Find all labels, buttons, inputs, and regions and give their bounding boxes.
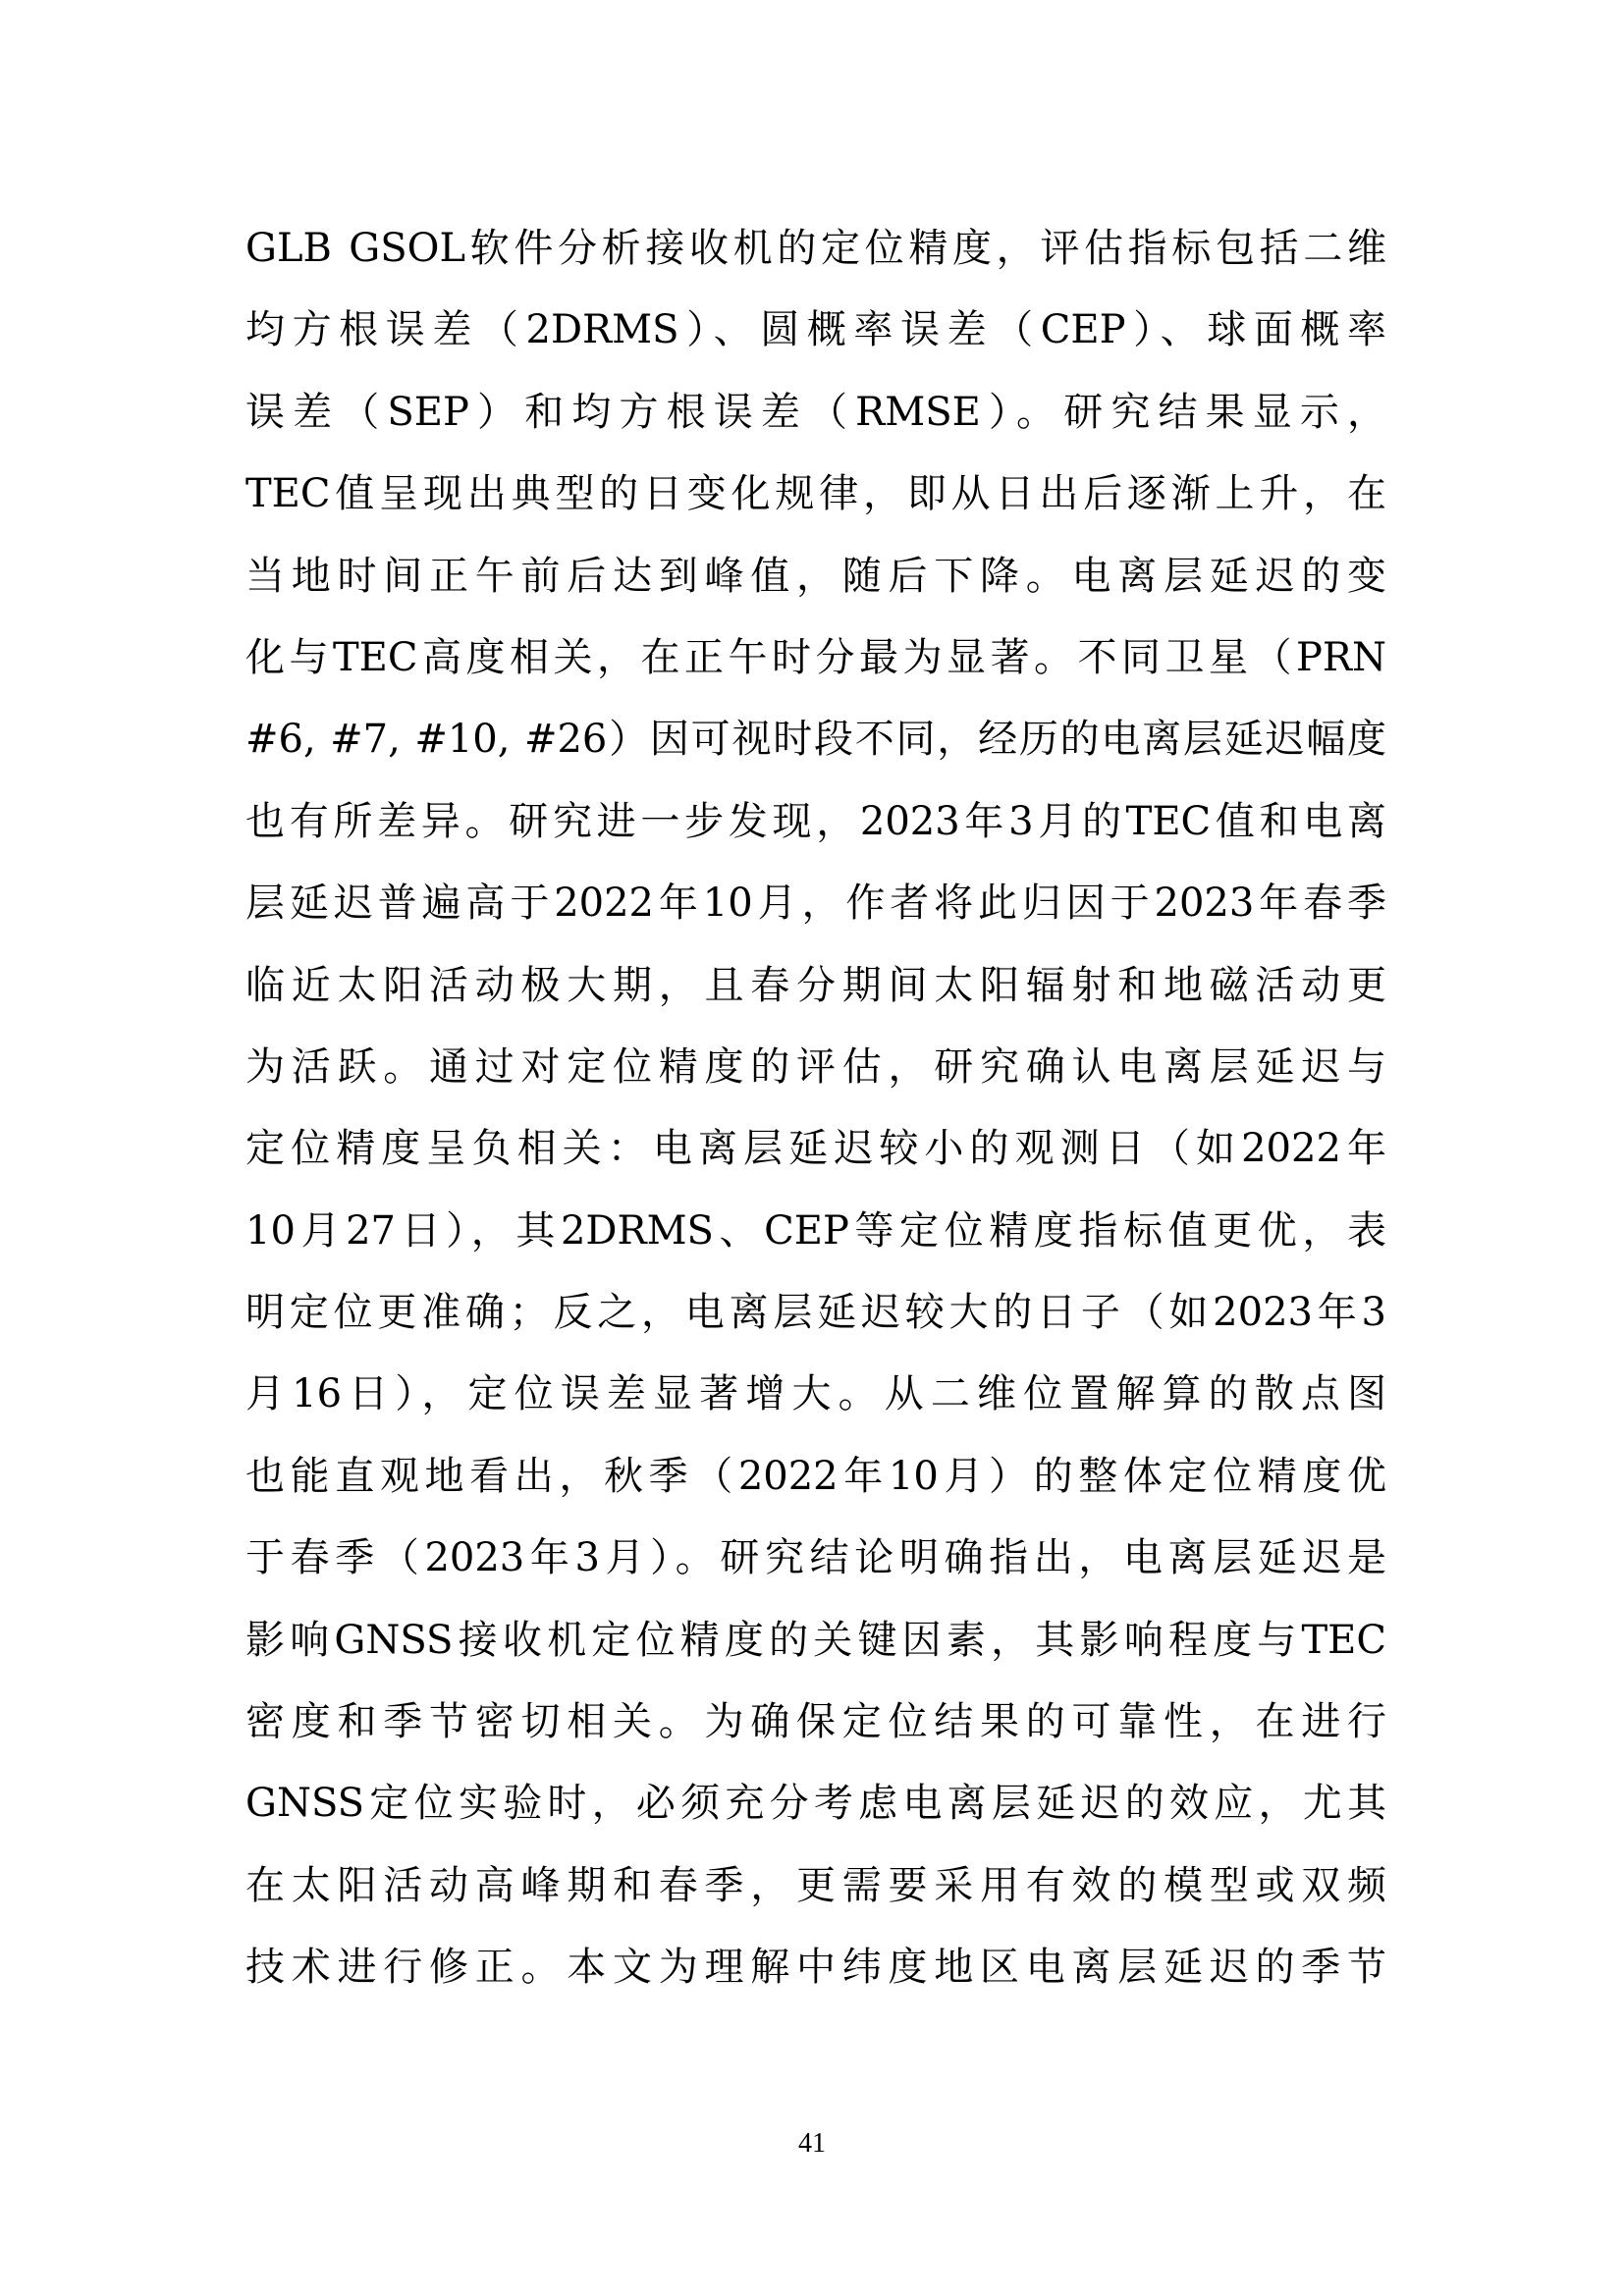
text-line: 在太阳活动高峰期和春季，更需要采用有效的模型或双频 [245, 1845, 1386, 1927]
text-line: 化与TEC高度相关，在正午时分最为显著。不同卫星（PRN [245, 617, 1386, 699]
text-line: GNSS定位实验时，必须充分考虑电离层延迟的效应，尤其 [245, 1763, 1386, 1844]
text-line: 临近太阳活动极大期，且春分期间太阳辐射和地磁活动更 [245, 945, 1386, 1027]
text-line: 影响GNSS接收机定位精度的关键因素，其影响程度与TEC [245, 1600, 1386, 1682]
text-line: GLB GSOL软件分析接收机的定位精度，评估指标包括二维 [245, 208, 1386, 290]
text-line: 技术进行修正。本文为理解中纬度地区电离层延迟的季节 [245, 1927, 1386, 2008]
text-line: 10月27日），其2DRMS、CEP等定位精度指标值更优，表 [245, 1191, 1386, 1272]
text-line: 为活跃。通过对定位精度的评估，研究确认电离层延迟与 [245, 1027, 1386, 1108]
text-line: 定位精度呈负相关：电离层延迟较小的观测日（如2022年 [245, 1108, 1386, 1190]
text-line: 于春季（2023年3月）。研究结论明确指出，电离层延迟是 [245, 1518, 1386, 1599]
text-line: 层延迟普遍高于2022年10月，作者将此归因于2023年春季 [245, 863, 1386, 944]
text-line: 均方根误差（2DRMS）、圆概率误差（CEP）、球面概率 [245, 290, 1386, 371]
page-number: 41 [0, 2128, 1624, 2160]
document-page: GLB GSOL软件分析接收机的定位精度，评估指标包括二维 均方根误差（2DRM… [0, 0, 1624, 2296]
text-line: #6, #7, #10, #26）因可视时段不同，经历的电离层延迟幅度 [245, 699, 1386, 780]
body-paragraph: GLB GSOL软件分析接收机的定位精度，评估指标包括二维 均方根误差（2DRM… [245, 208, 1386, 2009]
text-line: 也有所差异。研究进一步发现，2023年3月的TEC值和电离 [245, 781, 1386, 863]
text-line: 月16日），定位误差显著增大。从二维位置解算的散点图 [245, 1354, 1386, 1435]
text-line: 也能直观地看出，秋季（2022年10月）的整体定位精度优 [245, 1436, 1386, 1518]
text-line: 密度和季节密切相关。为确保定位结果的可靠性，在进行 [245, 1682, 1386, 1763]
text-line: 当地时间正午前后达到峰值，随后下降。电离层延迟的变 [245, 536, 1386, 617]
text-line: 明定位更准确；反之，电离层延迟较大的日子（如2023年3 [245, 1272, 1386, 1354]
text-line: TEC值呈现出典型的日变化规律，即从日出后逐渐上升，在 [245, 454, 1386, 535]
text-line: 误差（SEP）和均方根误差（RMSE）。研究结果显示， [245, 372, 1386, 454]
